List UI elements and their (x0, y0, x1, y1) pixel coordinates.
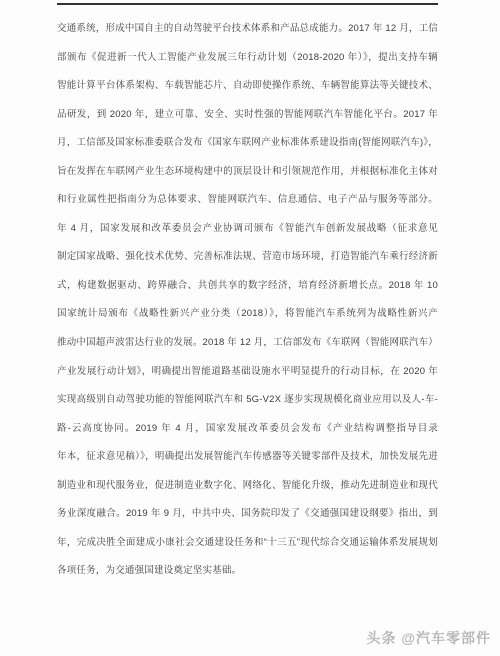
text-line: 和行业属性把指南分为总体要求、智能网联汽车、信息通信、电子产品与服务等部分。20… (57, 186, 438, 215)
text-line: 智能计算平台体系架构、车载智能芯片、自动即使操作系统、车辆智能算法等关键技术、产 (57, 72, 438, 101)
top-divider (57, 3, 438, 5)
text-line: 国家统计局颁布《战略性新兴产业分类（2018）》，将智能汽车系统列为战略性新兴产… (57, 300, 438, 329)
text-line: 路-云高度协同。2019 年 4 月，国家发展改革委员会发布《产业结构调整指导目… (57, 415, 438, 444)
document-page: 交通系统，形成中国自主的自动驾驶平台技术体系和产品总成能力。2017 年 12 … (0, 0, 500, 656)
text-line: 部颁布《促进新一代人工智能产业发展三年行动计划（2018-2020 年）》，提出… (57, 44, 438, 73)
text-line: 交通系统，形成中国自主的自动驾驶平台技术体系和产品总成能力。2017 年 12 … (57, 15, 438, 44)
text-line: 年，完成决胜全面建成小康社会交通建设任务和“十三五”现代综合交通运输体系发展规划 (57, 529, 438, 558)
text-line: 制定国家战略、强化技术优势、完善标准法规、营造市场环境，打造智能汽车乘行经济新模 (57, 243, 438, 272)
text-line: 年本，征求意见稿）》，明确提出发展智能汽车传感器等关键零部件及技术，加快发展先进 (57, 443, 438, 472)
text-line: 制造业和现代服务业，促进制造业数字化、网络化、智能化升级，推动先进制造业和现代服 (57, 472, 438, 501)
text-line: 式，构建数据驱动、跨界融合、共创共享的数字经济，培育经济新增长点。2018 年 … (57, 272, 438, 301)
text-line: 旨在发挥在车联网产业生态环境构建中的顶层设计和引领规范作用，并根据标准化主体对象 (57, 158, 438, 187)
text-line: 年 4 月，国家发展和改革委员会产业协调司颁布《智能汽车创新发展战略（征求意见稿… (57, 215, 438, 244)
text-line: 实现高级别自动驾驶功能的智能网联汽车和 5G-V2X 逐步实现规模化商业应用以及… (57, 386, 438, 415)
watermark: 头条 @汽车零部件 (366, 628, 491, 648)
text-line: 产业发展行动计划》，明确提出智能道路基础设施水平明显提升的行动目标，在 2020… (57, 358, 438, 387)
text-line: 推动中国超声波雷达行业的发展。2018 年 12 月，工信部发布《车联网（智能网… (57, 329, 438, 358)
text-line: 月，工信部及国家标准委联合发布《国家车联网产业标准体系建设指南(智能网联汽车)》… (57, 129, 438, 158)
article-body: 交通系统，形成中国自主的自动驾驶平台技术体系和产品总成能力。2017 年 12 … (57, 15, 438, 586)
text-line: 品研发，到 2020 年，建立可靠、安全、实时性强的智能网联汽车智能化平台。20… (57, 101, 438, 130)
text-line: 各项任务，为交通强国建设奠定坚实基础。 (57, 557, 438, 586)
text-line: 务业深度融合。2019 年 9 月，中共中央、国务院印发了《交通强国建设纲要》指… (57, 500, 438, 529)
